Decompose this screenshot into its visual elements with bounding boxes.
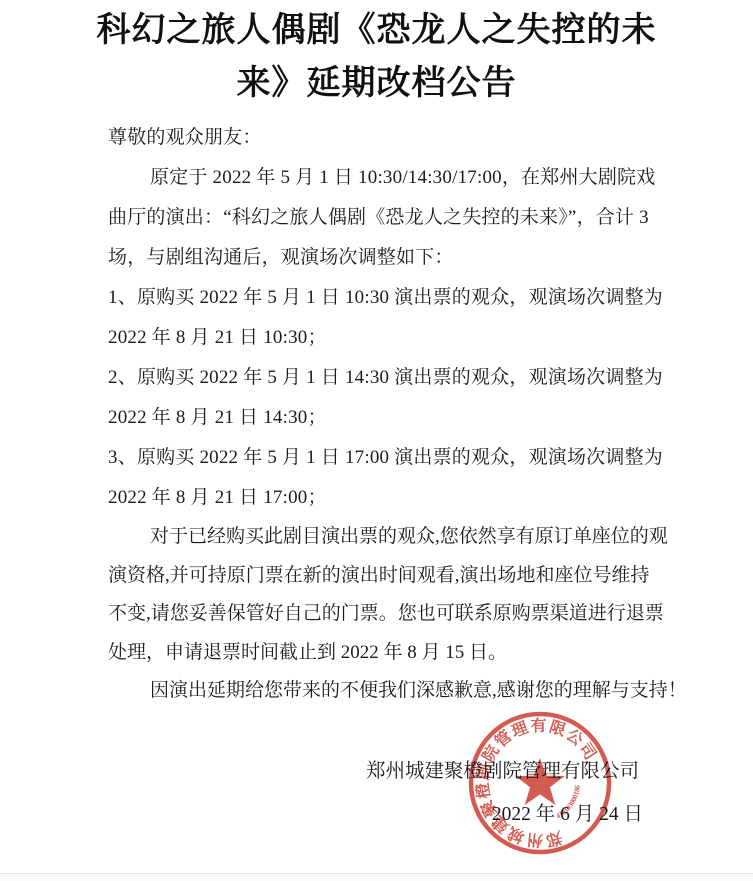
list-item-1: 1、原购买 2022 年 5 月 1 日 10:30 演出票的观众，观演场次调整…	[108, 278, 653, 318]
page-title: 科幻之旅人偶剧《恐龙人之失控的未 来》延期改档公告	[0, 4, 753, 110]
body-line: 场，与剧组沟通后，观演场次调整如下：	[108, 238, 653, 278]
body-line: 对于已经购买此剧目演出票的观众,您依然享有原订单座位的观	[108, 518, 653, 557]
list-item-2-cont: 2022 年 8 月 21 日 14:30；	[108, 398, 653, 438]
body-line: 演资格,并可持原门票在新的演出时间观看,演出场地和座位号维持	[108, 557, 653, 596]
body-line: 不变,请您妥善保管好自己的门票。您也可联系原购票渠道进行退票	[108, 595, 653, 634]
page-bottom-margin	[0, 874, 753, 881]
body-line: 处理，申请退票时间截止到 2022 年 8 月 15 日。	[108, 634, 653, 673]
body-text-lower: 对于已经购买此剧目演出票的观众,您依然享有原订单座位的观 演资格,并可持原门票在…	[108, 518, 653, 711]
salutation: 尊敬的观众朋友：	[108, 118, 653, 158]
announcement-document: 科幻之旅人偶剧《恐龙人之失控的未 来》延期改档公告 尊敬的观众朋友： 原定于 2…	[0, 0, 753, 881]
list-item-1-cont: 2022 年 8 月 21 日 10:30；	[108, 318, 653, 358]
body-line: 原定于 2022 年 5 月 1 日 10:30/14:30/17:00，在郑州…	[108, 158, 653, 198]
closing-line: 因演出延期给您带来的不便我们深感歉意,感谢您的理解与支持！	[108, 672, 653, 711]
list-item-3-cont: 2022 年 8 月 21 日 17:00；	[108, 478, 653, 518]
list-item-2: 2、原购买 2022 年 5 月 1 日 14:30 演出票的观众，观演场次调整…	[108, 358, 653, 398]
signature-line: 郑州城建聚橙剧院管理有限公司	[0, 752, 639, 792]
body-line: 曲厅的演出：“科幻之旅人偶剧《恐龙人之失控的未来》”，合计 3	[108, 198, 653, 238]
list-item-3: 3、原购买 2022 年 5 月 1 日 17:00 演出票的观众，观演场次调整…	[108, 438, 653, 478]
title-line-1: 科幻之旅人偶剧《恐龙人之失控的未	[0, 4, 753, 57]
date-line: 2022 年 6 月 24 日	[0, 795, 643, 835]
title-line-2: 来》延期改档公告	[0, 57, 753, 110]
body-text-upper: 尊敬的观众朋友： 原定于 2022 年 5 月 1 日 10:30/14:30/…	[108, 118, 653, 518]
